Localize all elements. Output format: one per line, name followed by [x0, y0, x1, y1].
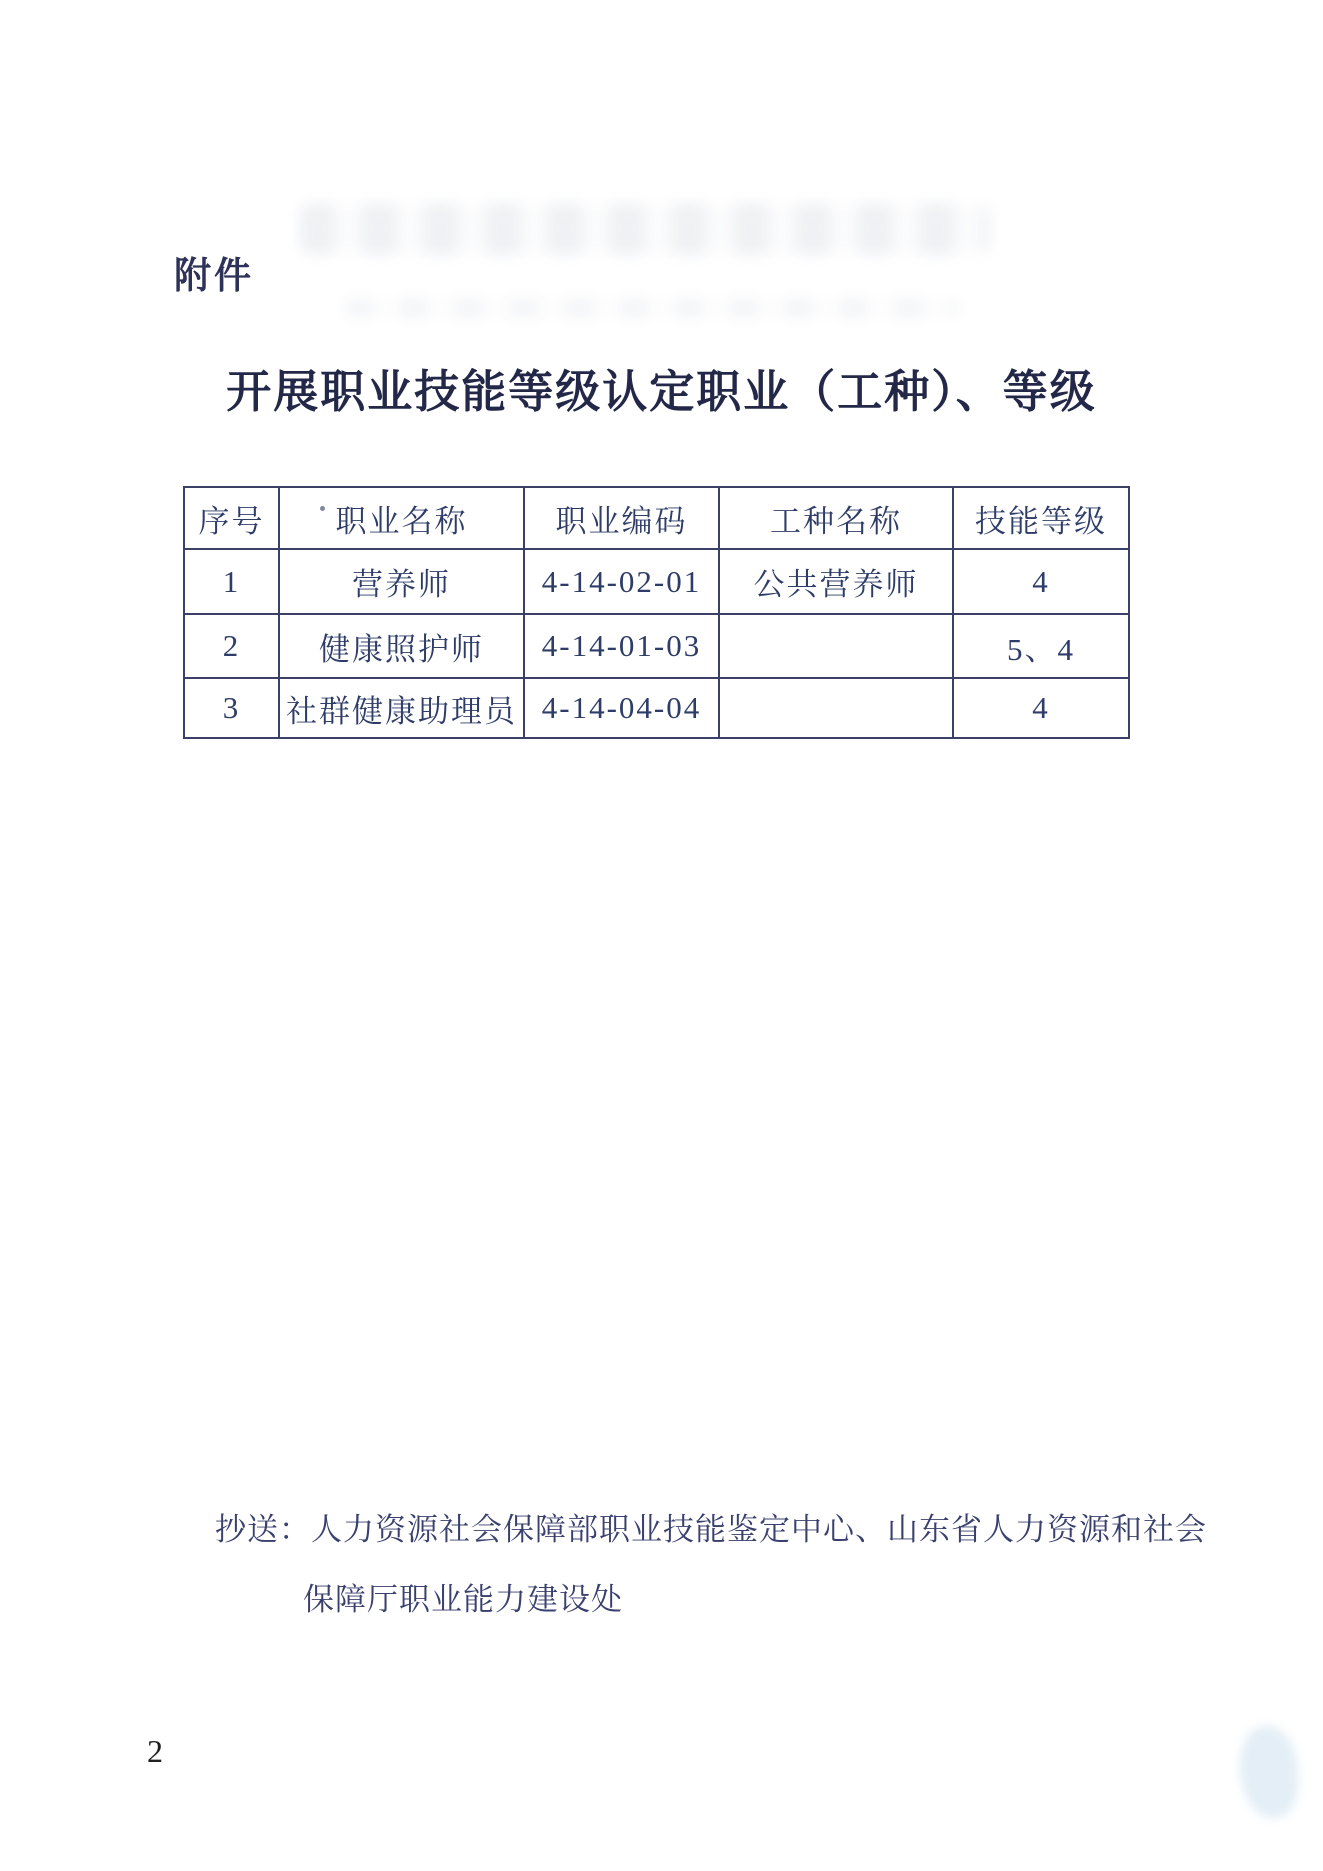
skill-levels-table: 序号 职业名称 职业编码 工种名称 技能等级 1 营养师 4-14-02-01 … [183, 486, 1130, 739]
cell-occupation: 健康照护师 [279, 614, 524, 678]
scan-smudge-artifact [1240, 1726, 1298, 1818]
bleed-through-artifact-top [300, 204, 990, 254]
cell-occupation: 营养师 [279, 549, 524, 614]
header-cell-index: 序号 [184, 487, 279, 549]
document-page: 附件 开展职业技能等级认定职业（工种）、等级 序号 职业名称 职业编码 工种名称… [0, 0, 1323, 1871]
page-number: 2 [147, 1733, 163, 1770]
table-row: 3 社群健康助理员 4-14-04-04 4 [184, 678, 1129, 738]
table-row: 1 营养师 4-14-02-01 公共营养师 4 [184, 549, 1129, 614]
cc-footer-line-2: 保障厅职业能力建设处 [303, 1574, 623, 1619]
cell-skill-level: 4 [953, 549, 1129, 614]
scan-dot-artifact [320, 506, 325, 511]
table-header-row: 序号 职业名称 职业编码 工种名称 技能等级 [184, 487, 1129, 549]
cell-index: 2 [184, 614, 279, 678]
bleed-through-artifact-lower [345, 299, 960, 317]
attachment-label: 附件 [174, 245, 254, 299]
cc-footer-line-1: 抄送：人力资源社会保障部职业技能鉴定中心、山东省人力资源和社会 [215, 1504, 1207, 1549]
table-row: 2 健康照护师 4-14-01-03 5、4 [184, 614, 1129, 678]
cell-occupation: 社群健康助理员 [279, 678, 524, 738]
cell-code: 4-14-02-01 [524, 549, 719, 614]
cell-index: 3 [184, 678, 279, 738]
cell-index: 1 [184, 549, 279, 614]
header-cell-occupation: 职业名称 [279, 487, 524, 549]
cell-skill-level: 4 [953, 678, 1129, 738]
header-cell-skill-level: 技能等级 [953, 487, 1129, 549]
cell-code: 4-14-04-04 [524, 678, 719, 738]
cell-job-type [719, 614, 953, 678]
cell-job-type [719, 678, 953, 738]
header-cell-job-type: 工种名称 [719, 487, 953, 549]
header-cell-code: 职业编码 [524, 487, 719, 549]
cell-job-type: 公共营养师 [719, 549, 953, 614]
cell-skill-level: 5、4 [953, 614, 1129, 678]
document-title: 开展职业技能等级认定职业（工种）、等级 [0, 355, 1323, 420]
cell-code: 4-14-01-03 [524, 614, 719, 678]
